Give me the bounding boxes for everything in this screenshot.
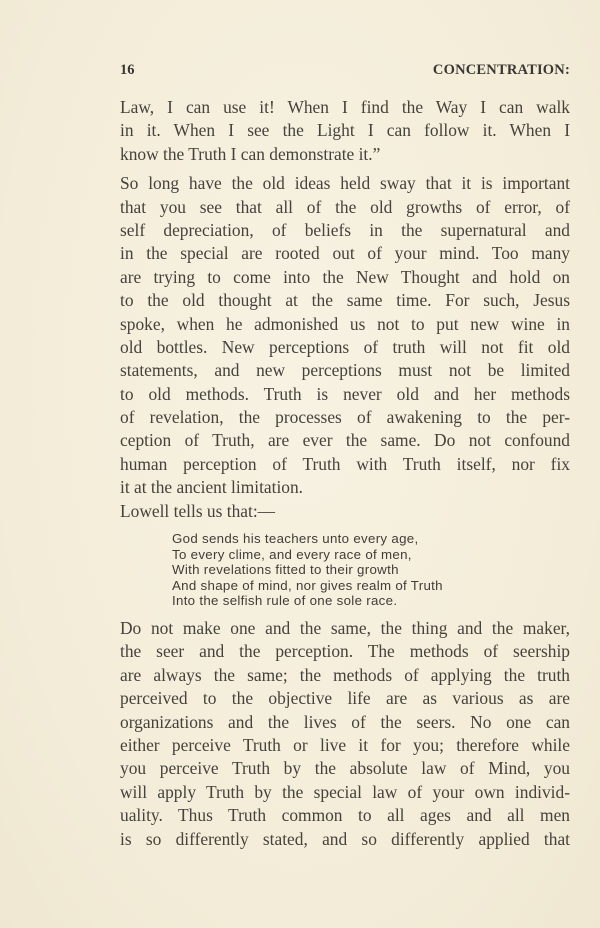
text-line: Law, I can use it! When I find the Way I…	[120, 96, 570, 119]
page-number: 16	[120, 62, 135, 79]
text-line: that you see that all of the old growths…	[120, 196, 570, 219]
text-line: you perceive Truth by the absolute law o…	[120, 757, 570, 780]
poem-line: God sends his teachers unto every age,	[172, 531, 570, 547]
poem-line: To every clime, and every race of men,	[172, 547, 570, 563]
text-line: know the Truth I can demonstrate it.”	[120, 143, 570, 166]
text-line: will apply Truth by the special law of y…	[120, 781, 570, 804]
text-line: are always the same; the methods of appl…	[120, 664, 570, 687]
text-line: perceived to the objective life are as v…	[120, 687, 570, 710]
text-line: is so differently stated, and so differe…	[120, 828, 570, 851]
text-line: Lowell tells us that:—	[120, 500, 570, 523]
paragraph-3: Lowell tells us that:—	[120, 500, 570, 523]
poem-line: And shape of mind, nor gives realm of Tr…	[172, 578, 570, 594]
paragraph-4: Do not make one and the same, the thing …	[120, 617, 570, 851]
text-line: So long have the old ideas held sway tha…	[120, 172, 570, 195]
text-line: in it. When I see the Light I can follow…	[120, 119, 570, 142]
text-line: to old methods. Truth is never old and h…	[120, 383, 570, 406]
text-line: the seer and the perception. The methods…	[120, 640, 570, 663]
text-line: in the special are rooted out of your mi…	[120, 242, 570, 265]
poem-quotation: God sends his teachers unto every age, T…	[172, 531, 570, 609]
text-line: uality. Thus Truth common to all ages an…	[120, 804, 570, 827]
text-line: it at the ancient limitation.	[120, 476, 570, 499]
text-line: old bottles. New perceptions of truth wi…	[120, 336, 570, 359]
text-line: are trying to come into the New Thought …	[120, 266, 570, 289]
text-line: organizations and the lives of the seers…	[120, 711, 570, 734]
text-line: ception of Truth, are ever the same. Do …	[120, 429, 570, 452]
poem-line: Into the selfish rule of one sole race.	[172, 593, 570, 609]
running-head: 16 CONCENTRATION:	[120, 62, 570, 82]
text-line: of revelation, the processes of awakenin…	[120, 406, 570, 429]
text-line: human perception of Truth with Truth its…	[120, 453, 570, 476]
text-line: to the old thought at the same time. For…	[120, 289, 570, 312]
paragraph-1: Law, I can use it! When I find the Way I…	[120, 96, 570, 166]
text-line: self depreciation, of beliefs in the sup…	[120, 219, 570, 242]
text-line: spoke, when he admonished us not to put …	[120, 313, 570, 336]
body-text: Law, I can use it! When I find the Way I…	[120, 96, 570, 851]
paragraph-2: So long have the old ideas held sway tha…	[120, 172, 570, 499]
chapter-title: CONCENTRATION:	[433, 62, 570, 79]
text-line: statements, and new perceptions must not…	[120, 359, 570, 382]
text-line: Do not make one and the same, the thing …	[120, 617, 570, 640]
poem-line: With revelations fitted to their growth	[172, 562, 570, 578]
text-line: either perceive Truth or live it for you…	[120, 734, 570, 757]
